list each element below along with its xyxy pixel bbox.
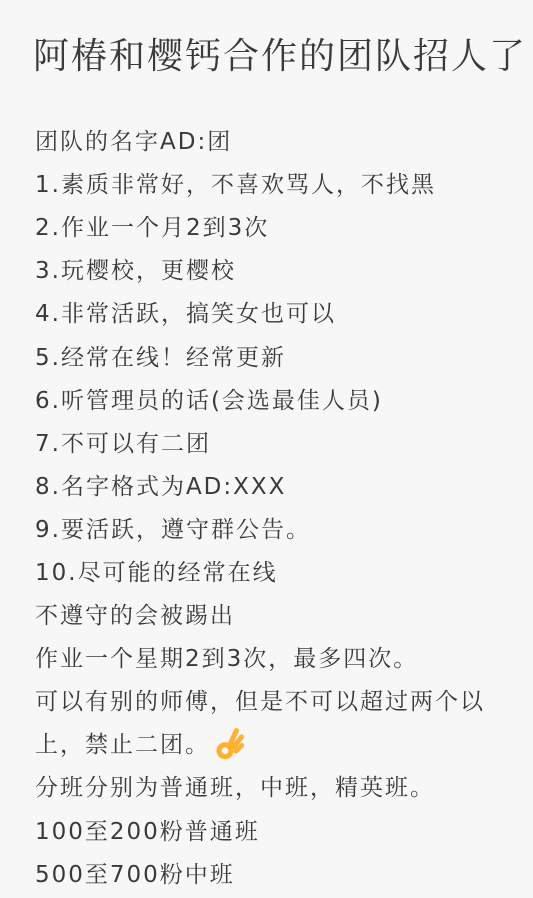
- text-line-content: 4.非常活跃，搞笑女也可以: [35, 295, 336, 328]
- text-line: 8.名字格式为AD:XXX: [35, 463, 533, 506]
- text-line-content: 团队的名字AD:团: [35, 123, 232, 156]
- text-line-content: 500至700粉中班: [35, 856, 235, 889]
- text-line-content: 100至200粉普通班: [35, 813, 260, 846]
- text-line-content: 6.听管理员的话(会选最佳人员): [35, 382, 383, 415]
- text-line-content: 1.素质非常好，不喜欢骂人，不找黑: [35, 166, 436, 199]
- announcement-body: 团队的名字AD:团1.素质非常好，不喜欢骂人，不找黑2.作业一个月2到3次3.玩…: [35, 118, 533, 894]
- text-line-content: 上，禁止二团。: [35, 726, 210, 759]
- page-title: 阿椿和樱钙合作的团队招人了: [33, 28, 527, 79]
- text-line: 500至700粉中班: [35, 851, 533, 894]
- text-line-content: 8.名字格式为AD:XXX: [35, 468, 286, 501]
- text-line: 分班分别为普通班，中班，精英班。: [35, 764, 533, 807]
- text-line: 作业一个星期2到3次，最多四次。: [35, 635, 533, 678]
- text-line: 6.听管理员的话(会选最佳人员): [35, 377, 533, 420]
- text-line: 1.素质非常好，不喜欢骂人，不找黑: [35, 161, 533, 204]
- text-line-content: 分班分别为普通班，中班，精英班。: [35, 769, 435, 802]
- text-line: 2.作业一个月2到3次: [35, 204, 533, 247]
- text-line: 4.非常活跃，搞笑女也可以: [35, 290, 533, 333]
- text-line-content: 2.作业一个月2到3次: [35, 209, 269, 242]
- text-line: 上，禁止二团。: [35, 721, 533, 764]
- text-line: 9.要活跃，遵守群公告。: [35, 506, 533, 549]
- text-line-content: 作业一个星期2到3次，最多四次。: [35, 640, 418, 673]
- text-line: 10.尽可能的经常在线: [35, 549, 533, 592]
- text-line-content: 可以有别的师傅，但是不可以超过两个以: [35, 683, 485, 716]
- text-line: 5.经常在线！经常更新: [35, 333, 533, 376]
- text-line: 团队的名字AD:团: [35, 118, 533, 161]
- text-line: 7.不可以有二团: [35, 420, 533, 463]
- ok-hand-emoji: [215, 726, 245, 759]
- text-line: 3.玩樱校，更樱校: [35, 247, 533, 290]
- text-line: 100至200粉普通班: [35, 808, 533, 851]
- text-line-content: 不遵守的会被踢出: [35, 597, 235, 630]
- text-line-content: 10.尽可能的经常在线: [35, 554, 278, 587]
- announcement-page: 阿椿和樱钙合作的团队招人了 团队的名字AD:团1.素质非常好，不喜欢骂人，不找黑…: [0, 0, 533, 898]
- text-line-content: 9.要活跃，遵守群公告。: [35, 511, 311, 544]
- text-line-content: 7.不可以有二团: [35, 425, 211, 458]
- text-line: 可以有别的师傅，但是不可以超过两个以: [35, 678, 533, 721]
- text-line-content: 5.经常在线！经常更新: [35, 339, 286, 372]
- text-line: 不遵守的会被踢出: [35, 592, 533, 635]
- text-line-content: 3.玩樱校，更樱校: [35, 252, 236, 285]
